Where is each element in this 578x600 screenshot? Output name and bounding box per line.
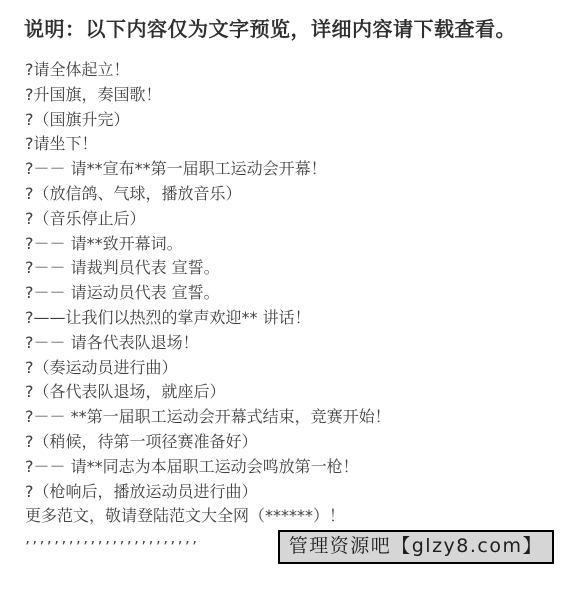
preview-line: ?－－ 请裁判员代表 宣誓。 (25, 256, 578, 281)
footer-row: ’’’’’’’’’’’’’’’’’’’’’’’’ 管理资源吧【glzy8.com… (0, 529, 578, 564)
preview-line: ?（稍候，待第一项径赛准备好） (25, 430, 578, 455)
preview-line: ?请坐下！ (25, 132, 578, 157)
preview-line: ?－－ 请**宣布**第一届职工运动会开幕！ (25, 157, 578, 182)
site-badge: 管理资源吧【glzy8.com】 (278, 530, 554, 564)
document-preview: 说明：以下内容仅为文字预览，详细内容请下载查看。 ?请全体起立！ ?升国旗，奏国… (0, 0, 578, 600)
preview-line: ?－－ 请**同志为本届职工运动会鸣放第一枪！ (25, 455, 578, 480)
ellipsis-dots: ’’’’’’’’’’’’’’’’’’’’’’’’ (25, 538, 199, 556)
preview-line: ?－－ **第一届职工运动会开幕式结束，竞赛开始！ (25, 405, 578, 430)
preview-line-more-docs: 更多范文，敬请登陆范文大全网（******）！ (25, 504, 578, 529)
preview-line: ?（各代表队退场，就座后） (25, 380, 578, 405)
preview-content: ?请全体起立！ ?升国旗，奏国歌！ ?（国旗升完） ?请坐下！ ?－－ 请**宣… (0, 41, 578, 529)
preview-line: ?－－ 请各代表队退场！ (25, 331, 578, 356)
preview-line: ?请全体起立！ (25, 58, 578, 83)
preview-line: ?（音乐停止后） (25, 207, 578, 232)
preview-line: ?－－ 请运动员代表 宣誓。 (25, 281, 578, 306)
preview-line: ?升国旗，奏国歌！ (25, 83, 578, 108)
preview-line: ?（放信鸽、气球，播放音乐） (25, 182, 578, 207)
preview-line: ?——让我们以热烈的掌声欢迎** 讲话！ (25, 306, 578, 331)
preview-page: { "notice": { "text": "说明：以下内容仅为文字预览，详细内… (0, 0, 578, 600)
preview-line: ?－－ 请**致开幕词。 (25, 232, 578, 257)
preview-notice: 说明：以下内容仅为文字预览，详细内容请下载查看。 (0, 0, 578, 41)
preview-line: ?（国旗升完） (25, 108, 578, 133)
preview-line: ?（奏运动员进行曲） (25, 356, 578, 381)
preview-line: ?（枪响后，播放运动员进行曲） (25, 480, 578, 505)
